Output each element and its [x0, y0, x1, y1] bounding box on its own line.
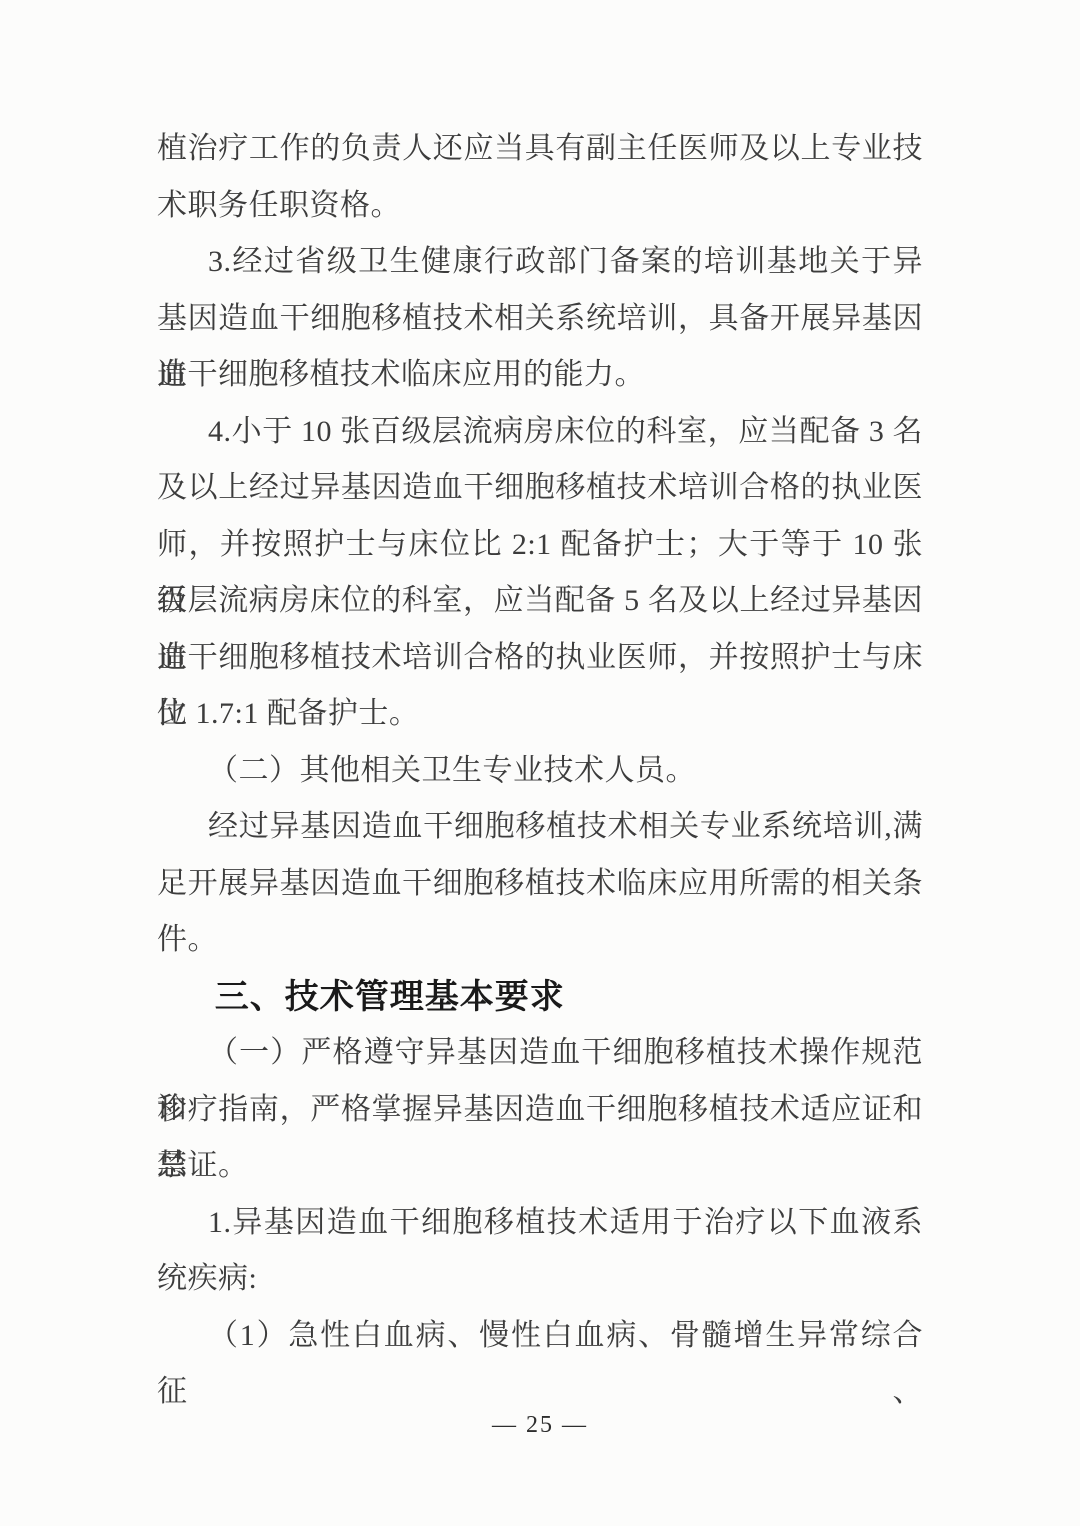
text-line: 1.异基因造血干细胞移植技术适用于治疗以下血液系: [157, 1195, 923, 1252]
text-line: 比 1.7:1 配备护士。: [157, 686, 923, 743]
text-line: 术职务任职资格。: [157, 178, 923, 235]
page-number-footer: — 25 —: [0, 1402, 1080, 1448]
text-line: （二）其他相关卫生专业技术人员。: [157, 743, 923, 800]
text-line: 统疾病:: [157, 1251, 923, 1308]
text-line: 诊疗指南，严格掌握异基因造血干细胞移植技术适应证和禁: [157, 1082, 923, 1139]
text-line: 件。: [157, 912, 923, 969]
text-line: 植治疗工作的负责人还应当具有副主任医师及以上专业技: [157, 121, 923, 178]
text-line: 足开展异基因造血干细胞移植技术临床应用所需的相关条: [157, 856, 923, 913]
document-page: 植治疗工作的负责人还应当具有副主任医师及以上专业技术职务任职资格。3.经过省级卫…: [0, 0, 1080, 1526]
text-line: 忌证。: [157, 1138, 923, 1195]
document-text-block: 植治疗工作的负责人还应当具有副主任医师及以上专业技术职务任职资格。3.经过省级卫…: [157, 121, 923, 1364]
text-line: 3.经过省级卫生健康行政部门备案的培训基地关于异: [157, 234, 923, 291]
text-line: 血干细胞移植技术培训合格的执业医师，并按照护士与床位: [157, 630, 923, 687]
text-line: 师，并按照护士与床位比 2:1 配备护士；大于等于 10 张百: [157, 517, 923, 574]
section-heading: 三、技术管理基本要求: [157, 969, 923, 1026]
text-line: 基因造血干细胞移植技术相关系统培训，具备开展异基因造: [157, 291, 923, 348]
text-line: 4.小于 10 张百级层流病房床位的科室，应当配备 3 名: [157, 404, 923, 461]
text-line: 血干细胞移植技术临床应用的能力。: [157, 347, 923, 404]
text-line: 经过异基因造血干细胞移植技术相关专业系统培训,满: [157, 799, 923, 856]
text-line: （一）严格遵守异基因造血干细胞移植技术操作规范和: [157, 1025, 923, 1082]
text-line: 及以上经过异基因造血干细胞移植技术培训合格的执业医: [157, 460, 923, 517]
text-line: 级层流病房床位的科室，应当配备 5 名及以上经过异基因造: [157, 573, 923, 630]
text-line: （1）急性白血病、慢性白血病、骨髓增生异常综合征、: [157, 1308, 923, 1365]
